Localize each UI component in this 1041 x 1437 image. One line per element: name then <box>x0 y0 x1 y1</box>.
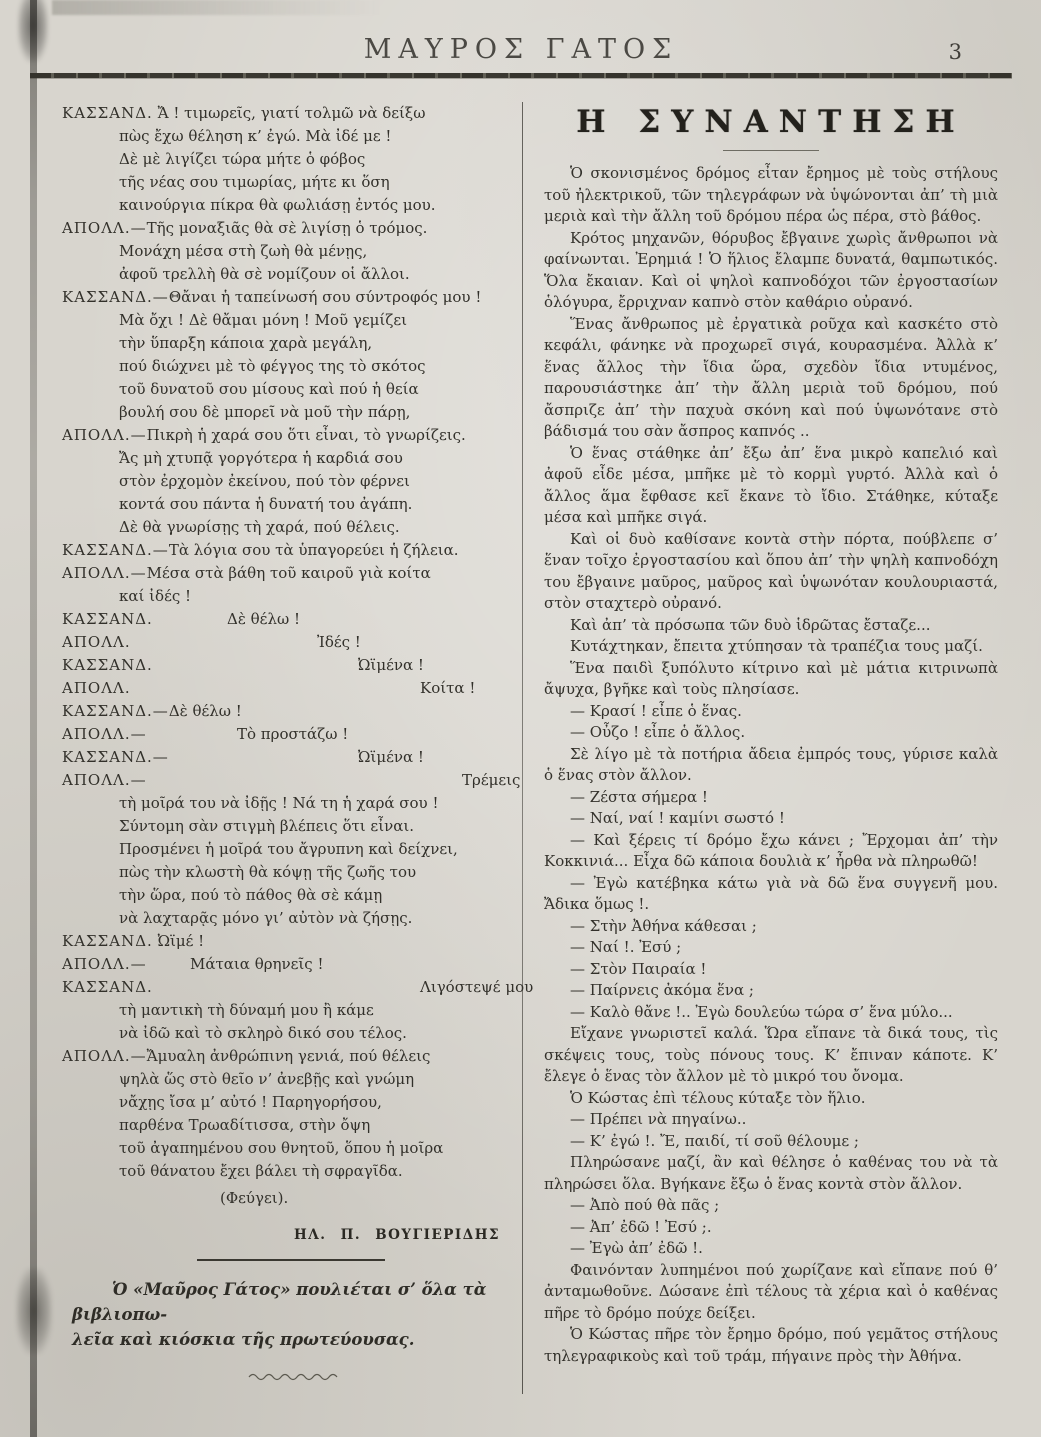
dialogue-line: τὴ μοῖρά του νὰ ἰδῇς ! Νά τη ἡ χαρά σου … <box>62 792 514 815</box>
dialogue-text: στὸν ἐρχομὸν ἐκείνου, πού τὸν φέρνει <box>119 472 410 490</box>
story-dialogue-line: — Ναί, ναί ! καμίνι σωστό ! <box>544 808 998 830</box>
dialogue-line: ΑΠΟΛΛ.—Τὸ προστάζω ! <box>62 723 514 746</box>
dialogue-text: Τὰ λόγια σου τὰ ὑπαγορεύει ἡ ζήλεια. <box>169 541 459 559</box>
dialogue-text: Δὲ μὲ λιγίζει τώρα μήτε ὁ φόβος <box>119 150 365 168</box>
story-paragraph: Καὶ ἀπ’ τὰ πρόσωπα τῶν δυὸ ἱδρῶτας ἔσταζ… <box>544 615 998 637</box>
story-title-rule <box>723 150 819 151</box>
dialogue-line: ΚΑΣΣΑΝΔ.—Ὠϊμένα ! <box>62 746 514 769</box>
dialogue-line: Μὰ ὄχι ! Δὲ θἄμαι μόνη ! Μοῦ γεμίζει <box>62 309 514 332</box>
dialogue-line: ΑΠΟΛΛ.—Μάταια θρηνεῖς ! <box>62 953 514 976</box>
scan-ink-blob-bottom <box>16 1268 52 1354</box>
speaker-label: ΚΑΣΣΑΝΔ.— <box>62 702 169 720</box>
dialogue-line: πὼς τὴν κλωστὴ θὰ κόψῃ τῆς ζωῆς του <box>62 861 514 884</box>
speaker-label: ΚΑΣΣΑΝΔ.— <box>62 288 169 306</box>
dialogue-text: Τῆς μοναξιᾶς θὰ σὲ λιγίσῃ ὁ τρόμος. <box>147 219 428 237</box>
story-dialogue-line: — Ἀπ’ ἐδῶ ! Ἐσύ ;. <box>544 1217 998 1239</box>
dialogue-text: νὰ ἰδῶ καὶ τὸ σκληρὸ δικό σου τέλος. <box>119 1024 407 1042</box>
story-dialogue-line: — Πρέπει νὰ πηγαίνω.. <box>544 1109 998 1131</box>
dialogue-line: Μονάχη μέσα στὴ ζωὴ θὰ μένῃς, <box>62 240 514 263</box>
dialogue-line: ΑΠΟΛΛ.Κοίτα ! <box>62 677 514 700</box>
dialogue-text: νἄχῃς ἴσα μ’ αὐτό ! Παρηγορήσου, <box>119 1093 382 1111</box>
dialogue-line: Ἄς μὴ χτυπᾷ γοργότερα ἡ καρδιά σου <box>62 447 514 470</box>
newspaper-title: ΜΑΥΡΟΣ ΓΑΤΟΣ <box>30 34 1012 65</box>
dialogue-text: νὰ λαχταρᾷς μόνο γι’ αὐτὸν νὰ ζήσῃς. <box>119 909 412 927</box>
dialogue-text: Δὲ θέλω ! <box>227 608 300 631</box>
story-paragraph: Ὁ Κώστας ἐπὶ τέλους κύταξε τὸν ἥλιο. <box>544 1088 998 1110</box>
dialogue-text: πὼς ἔχω θέληση κ’ ἐγώ. Μὰ ἰδέ με ! <box>119 127 391 145</box>
dialogue-text: Σύντομη σὰν στιγμὴ βλέπεις ὅτι εἶναι. <box>119 817 414 835</box>
dialogue-text: ψηλὰ ὥς στὸ θεῖο ν’ ἀνεβῇς καὶ γνώμη <box>119 1070 414 1088</box>
story-paragraph: Φαινόνταν λυπημένοι πού χωρίζανε καὶ εἴπ… <box>544 1260 998 1325</box>
story-dialogue-line: — Ἐγὼ ἀπ’ ἐδῶ !. <box>544 1238 998 1260</box>
dialogue-line: τὴ μαντικὴ τὴ δύναμή μου ἢ κάμε <box>62 999 514 1022</box>
dialogue-text: τὴ μοῖρά του νὰ ἰδῇς ! Νά τη ἡ χαρά σου … <box>119 794 438 812</box>
speaker-label: ΑΠΟΛΛ.— <box>62 219 147 237</box>
dialogue-text: κοντά σου πάντα ἡ δυνατή του ἀγάπη. <box>119 495 412 513</box>
dialogue-text: Ὠϊμένα ! <box>358 746 424 769</box>
dialogue-text: καινούργια πίκρα θὰ φωλιάσῃ ἐντός μου. <box>119 196 436 214</box>
stage-direction: (Φεύγει). <box>62 1187 514 1210</box>
story-dialogue-line: — Παίρνεις ἀκόμα ἕνα ; <box>544 980 998 1002</box>
columns: ΚΑΣΣΑΝΔ. Ἄ ! τιμωρεῖς, γιατί τολμῶ νὰ δε… <box>62 98 1010 1394</box>
dialogue-line: ΚΑΣΣΑΝΔ.—Θἄναι ἡ ταπείνωσή σου σύντροφός… <box>62 286 514 309</box>
dialogue-line: ΑΠΟΛΛ.Ἰδές ! <box>62 631 514 654</box>
dialogue-text: Μονάχη μέσα στὴ ζωὴ θὰ μένῃς, <box>119 242 367 260</box>
speaker-label: ΑΠΟΛΛ. <box>62 633 131 651</box>
dialogue-text: Τρέμεις <box>462 769 520 792</box>
promo-note: Ὁ «Μαῦρος Γάτος» πουλιέται σ’ ὅλα τὰ βιβ… <box>72 1277 514 1352</box>
story-dialogue-line: — Κρασί ! εἶπε ὁ ἕνας. <box>544 701 998 723</box>
dialogue-line: τὴν ὥρα, πού τὸ πάθος θὰ σὲ κάμῃ <box>62 884 514 907</box>
dialogue-text: (Φεύγει). <box>220 1189 288 1207</box>
dialogue-line: καινούργια πίκρα θὰ φωλιάσῃ ἐντός μου. <box>62 194 514 217</box>
dialogue-text: τὴν ὥρα, πού τὸ πάθος θὰ σὲ κάμῃ <box>119 886 382 904</box>
dialogue-text: τὴ μαντικὴ τὴ δύναμή μου ἢ κάμε <box>119 1001 374 1019</box>
dialogue-line: Δὲ θὰ γνωρίσῃς τὴ χαρά, πού θέλεις. <box>62 516 514 539</box>
story-dialogue-line: — Καὶ ξέρεις τί δρόμο ἔχω κάνει ; Ἔρχομα… <box>544 830 998 873</box>
dialogue-line: στὸν ἐρχομὸν ἐκείνου, πού τὸν φέρνει <box>62 470 514 493</box>
speaker-label: ΑΠΟΛΛ. <box>62 679 131 697</box>
author-signature: ΗΛ. Π. ΒΟΥΓΙΕΡΙΔΗΣ <box>62 1224 514 1247</box>
speaker-label: ΚΑΣΣΑΝΔ.— <box>62 748 169 766</box>
dialogue-line: Σύντομη σὰν στιγμὴ βλέπεις ὅτι εἶναι. <box>62 815 514 838</box>
dialogue-line: νἄχῃς ἴσα μ’ αὐτό ! Παρηγορήσου, <box>62 1091 514 1114</box>
story-paragraph: Πληρώσανε μαζί, ἂν καὶ θέλησε ὁ καθένας … <box>544 1152 998 1195</box>
section-divider-rule <box>197 1259 385 1261</box>
story-paragraph: Ὁ Κώστας πῆρε τὸν ἔρημο δρόμο, πού γεμᾶτ… <box>544 1324 998 1367</box>
masthead: ΜΑΥΡΟΣ ΓΑΤΟΣ 3 <box>30 34 1012 78</box>
story-dialogue-line: — Στὴν Ἀθήνα κάθεσαι ; <box>544 916 998 938</box>
story-paragraph: Ὁ σκονισμένος δρόμος εἶταν ἔρημος μὲ τοὺ… <box>544 163 998 228</box>
scan-gutter-shadow <box>30 0 37 1437</box>
story-dialogue-line: — Κ’ ἐγώ !. Ἔ, παιδί, τί σοῦ θέλουμε ; <box>544 1131 998 1153</box>
dialogue-text: πὼς τὴν κλωστὴ θὰ κόψῃ τῆς ζωῆς του <box>119 863 416 881</box>
newspaper-page: ΜΑΥΡΟΣ ΓΑΤΟΣ 3 ΚΑΣΣΑΝΔ. Ἄ ! τιμωρεῖς, γι… <box>0 0 1041 1437</box>
speaker-label: ΑΠΟΛΛ.— <box>62 771 147 789</box>
dialogue-line: ΚΑΣΣΑΝΔ.Λιγόστεψέ μου <box>62 976 514 999</box>
story-paragraph: Κρότος μηχανῶν, θόρυβος ἔβγαινε χωρὶς ἄν… <box>544 228 998 314</box>
dialogue-line: ΑΠΟΛΛ.—Τρέμεις <box>62 769 514 792</box>
speaker-label: ΚΑΣΣΑΝΔ. <box>62 932 153 950</box>
story-paragraph: Καὶ οἱ δυὸ καθίσανε κοντὰ στὴν πόρτα, πο… <box>544 529 998 615</box>
dialogue-text: Δὲ θὰ γνωρίσῃς τὴ χαρά, πού θέλεις. <box>119 518 400 536</box>
promo-note-line: λεῖα καὶ κιόσκια τῆς πρωτεύουσας. <box>72 1327 514 1352</box>
dialogue-text: Ἄ ! τιμωρεῖς, γιατί τολμῶ νὰ δείξω <box>153 104 426 122</box>
dialogue-line: πὼς ἔχω θέληση κ’ ἐγώ. Μὰ ἰδέ με ! <box>62 125 514 148</box>
dialogue-line: τῆς νέας σου τιμωρίας, μήτε κι ὅση <box>62 171 514 194</box>
speaker-label: ΑΠΟΛΛ.— <box>62 955 147 973</box>
dialogue-line: πού διώχνει μὲ τὸ φέγγος της τὸ σκότος <box>62 355 514 378</box>
dialogue-line: ΚΑΣΣΑΝΔ.—Τὰ λόγια σου τὰ ὑπαγορεύει ἡ ζή… <box>62 539 514 562</box>
dialogue-line: παρθένα Τρωαδίτισσα, στὴν ὄψη <box>62 1114 514 1137</box>
dialogue-text: Θἄναι ἡ ταπείνωσή σου σύντροφός μου ! <box>169 288 482 306</box>
dialogue-line: τοῦ ἀγαπημένου σου θνητοῦ, ὅπου ἡ μοῖρα <box>62 1137 514 1160</box>
speaker-label: ΚΑΣΣΑΝΔ. <box>62 610 153 628</box>
story-body: Ὁ σκονισμένος δρόμος εἶταν ἔρημος μὲ τοὺ… <box>544 163 998 1367</box>
story-title: Η ΣΥΝΑΝΤΗΣΗ <box>544 104 998 140</box>
speaker-label: ΑΠΟΛΛ.— <box>62 564 147 582</box>
dialogue-line: νὰ λαχταρᾷς μόνο γι’ αὐτὸν νὰ ζήσῃς. <box>62 907 514 930</box>
dialogue-text: τοῦ θάνατου ἔχει βάλει τὴ σφραγῖδα. <box>119 1162 403 1180</box>
dialogue-line: ΑΠΟΛΛ.—Πικρὴ ἡ χαρά σου ὅτι εἶναι, τὸ γν… <box>62 424 514 447</box>
dialogue-text: Πικρὴ ἡ χαρά σου ὅτι εἶναι, τὸ γνωρίζεις… <box>147 426 466 444</box>
dialogue-line: ψηλὰ ὥς στὸ θεῖο ν’ ἀνεβῇς καὶ γνώμη <box>62 1068 514 1091</box>
dialogue-line: τοῦ θάνατου ἔχει βάλει τὴ σφραγῖδα. <box>62 1160 514 1183</box>
dialogue-line: ΚΑΣΣΑΝΔ. Ἄ ! τιμωρεῖς, γιατί τολμῶ νὰ δε… <box>62 102 514 125</box>
speaker-label: ΑΠΟΛΛ.— <box>62 1047 147 1065</box>
promo-note-line: Ὁ «Μαῦρος Γάτος» πουλιέται σ’ ὅλα τὰ βιβ… <box>72 1277 514 1327</box>
left-column: ΚΑΣΣΑΝΔ. Ἄ ! τιμωρεῖς, γιατί τολμῶ νὰ δε… <box>62 98 514 1394</box>
speaker-label: ΚΑΣΣΑΝΔ. <box>62 104 153 122</box>
dialogue-text: ΗΛ. Π. ΒΟΥΓΙΕΡΙΔΗΣ <box>294 1227 500 1243</box>
dialogue-line: τοῦ δυνατοῦ σου μίσους καὶ πού ἡ θεία <box>62 378 514 401</box>
dialogue-text: καί ἰδές ! <box>119 587 191 605</box>
dialogue-line: ΚΑΣΣΑΝΔ.—Δὲ θέλω ! <box>62 700 514 723</box>
dialogue-text: Ἰδές ! <box>317 631 361 654</box>
dialogue-line: νὰ ἰδῶ καὶ τὸ σκληρὸ δικό σου τέλος. <box>62 1022 514 1045</box>
dialogue-line: Δὲ μὲ λιγίζει τώρα μήτε ὁ φόβος <box>62 148 514 171</box>
dialogue-text: Ὠϊμέ ! <box>153 932 204 950</box>
dialogue-line: ἀφοῦ τρελλὴ θὰ σὲ νομίζουν οἱ ἄλλοι. <box>62 263 514 286</box>
dialogue-line: ΚΑΣΣΑΝΔ. Ὠϊμέ ! <box>62 930 514 953</box>
column-divider <box>522 102 523 1394</box>
dialogue-line: Προσμένει ἡ μοῖρά του ἄγρυπνη καὶ δείχνε… <box>62 838 514 861</box>
story-paragraph: Σὲ λίγο μὲ τὰ ποτήρια ἄδεια ἐμπρός τους,… <box>544 744 998 787</box>
story-paragraph: Ἕνας ἄνθρωπος μὲ ἐργατικὰ ροῦχα καὶ κασκ… <box>544 314 998 443</box>
dialogue-line: τὴν ὕπαρξη κάποια χαρὰ μεγάλη, <box>62 332 514 355</box>
speaker-label: ΑΠΟΛΛ.— <box>62 426 147 444</box>
story-dialogue-line: — Στὸν Παιραία ! <box>544 959 998 981</box>
dialogue-line: κοντά σου πάντα ἡ δυνατή του ἀγάπη. <box>62 493 514 516</box>
dialogue-text: Μέσα στὰ βάθη τοῦ καιροῦ γιὰ κοίτα <box>147 564 431 582</box>
story-dialogue-line: — Ἐγὼ κατέβηκα κάτω γιὰ νὰ δῶ ἕνα συγγεν… <box>544 873 998 916</box>
scan-smudge-top <box>52 0 382 15</box>
speaker-label: ΚΑΣΣΑΝΔ.— <box>62 541 169 559</box>
dialogue-text: Ἄμυαλη ἀνθρώπινη γενιά, πού θέλεις <box>147 1047 431 1065</box>
dialogue-line: ΑΠΟΛΛ.—Ἄμυαλη ἀνθρώπινη γενιά, πού θέλει… <box>62 1045 514 1068</box>
right-column: Η ΣΥΝΑΝΤΗΣΗ Ὁ σκονισμένος δρόμος εἶταν ἔ… <box>530 98 1010 1394</box>
page-number: 3 <box>949 40 962 64</box>
masthead-rule <box>30 73 1012 78</box>
story-paragraph: Εἴχανε γνωριστεῖ καλά. Ὥρα εἴπανε τὰ δικ… <box>544 1023 998 1088</box>
dialogue-line: καί ἰδές ! <box>62 585 514 608</box>
dialogue-text: ἀφοῦ τρελλὴ θὰ σὲ νομίζουν οἱ ἄλλοι. <box>119 265 410 283</box>
dialogue-text: τοῦ δυνατοῦ σου μίσους καὶ πού ἡ θεία <box>119 380 419 398</box>
dialogue-text: τὴν ὕπαρξη κάποια χαρὰ μεγάλη, <box>119 334 372 352</box>
story-paragraph: Ἕνα παιδὶ ξυπόλυτο κίτρινο καὶ μὲ μάτια … <box>544 658 998 701</box>
story-paragraph: Κυτάχτηκαν, ἔπειτα χτύπησαν τὰ τραπέζια … <box>544 636 998 658</box>
dialogue-line: ΚΑΣΣΑΝΔ.Ὠϊμένα ! <box>62 654 514 677</box>
speaker-label: ΚΑΣΣΑΝΔ. <box>62 656 153 674</box>
story-dialogue-line: — Καλὸ θἄνε !.. Ἐγὼ δουλεύω τώρα σ’ ἕνα … <box>544 1002 998 1024</box>
dialogue-text: τῆς νέας σου τιμωρίας, μήτε κι ὅση <box>119 173 390 191</box>
story-dialogue-line: — Οὖζο ! εἶπε ὁ ἄλλος. <box>544 722 998 744</box>
dialogue-text: πού διώχνει μὲ τὸ φέγγος της τὸ σκότος <box>119 357 426 375</box>
dialogue-text: Κοίτα ! <box>420 677 475 700</box>
dialogue-text: βουλή σου δὲ μπορεῖ νὰ μοῦ τὴν πάρῃ, <box>119 403 410 421</box>
dialogue-line: ΚΑΣΣΑΝΔ.Δὲ θέλω ! <box>62 608 514 631</box>
dialogue-text: Τὸ προστάζω ! <box>237 723 348 746</box>
speaker-label: ΚΑΣΣΑΝΔ. <box>62 978 153 996</box>
dialogue-text: Ἄς μὴ χτυπᾷ γοργότερα ἡ καρδιά σου <box>119 449 403 467</box>
dialogue-text: τοῦ ἀγαπημένου σου θνητοῦ, ὅπου ἡ μοῖρα <box>119 1139 443 1157</box>
dialogue-line: ΑΠΟΛΛ.—Μέσα στὰ βάθη τοῦ καιροῦ γιὰ κοίτ… <box>62 562 514 585</box>
dialogue-text: Μὰ ὄχι ! Δὲ θἄμαι μόνη ! Μοῦ γεμίζει <box>119 311 407 329</box>
dialogue-text: Λιγόστεψέ μου <box>420 976 533 999</box>
dialogue-text: Προσμένει ἡ μοῖρά του ἄγρυπνη καὶ δείχνε… <box>119 840 458 858</box>
story-paragraph: Ὁ ἕνας στάθηκε ἀπ’ ἔξω ἀπ’ ἕνα μικρὸ καπ… <box>544 443 998 529</box>
speaker-label: ΑΠΟΛΛ.— <box>62 725 147 743</box>
dialogue-text: Δὲ θέλω ! <box>169 702 242 720</box>
story-dialogue-line: — Ζέστα σήμερα ! <box>544 787 998 809</box>
dialogue-line: ΑΠΟΛΛ.—Τῆς μοναξιᾶς θὰ σὲ λιγίσῃ ὁ τρόμο… <box>62 217 514 240</box>
dialogue-line: βουλή σου δὲ μπορεῖ νὰ μοῦ τὴν πάρῃ, <box>62 401 514 424</box>
story-dialogue-line: — Ἀπὸ πού θὰ πᾶς ; <box>544 1195 998 1217</box>
dialogue-text: Μάταια θρηνεῖς ! <box>190 953 324 976</box>
story-dialogue-line: — Ναί !. Ἐσύ ; <box>544 937 998 959</box>
dialogue-text: Ὠϊμένα ! <box>358 654 424 677</box>
dialogue-block: ΚΑΣΣΑΝΔ. Ἄ ! τιμωρεῖς, γιατί τολμῶ νὰ δε… <box>62 102 514 1247</box>
squiggle-ornament <box>247 1366 347 1385</box>
dialogue-text: παρθένα Τρωαδίτισσα, στὴν ὄψη <box>119 1116 370 1134</box>
